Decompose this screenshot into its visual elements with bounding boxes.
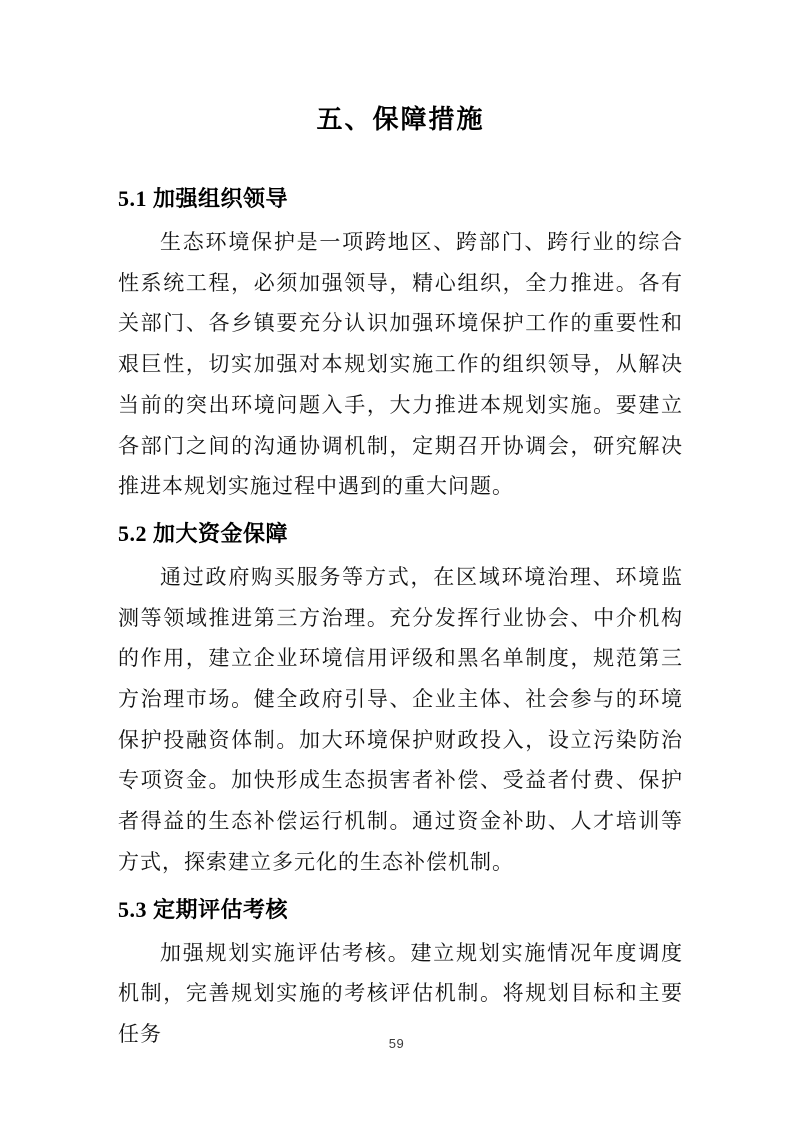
section-periodic-assessment: 5.3 定期评估考核 加强规划实施评估考核。建立规划实施情况年度调度机制，完善规… <box>118 895 683 1055</box>
page-number: 59 <box>0 1036 793 1051</box>
section-paragraph: 生态环境保护是一项跨地区、跨部门、跨行业的综合性系统工程，必须加强领导，精心组织… <box>118 222 683 507</box>
section-paragraph: 通过政府购买服务等方式，在区域环境治理、环境监测等领域推进第三方治理。充分发挥行… <box>118 557 683 883</box>
page-title: 五、保障措施 <box>118 100 683 140</box>
section-heading-5-1: 5.1 加强组织领导 <box>118 184 683 214</box>
section-organizational-leadership: 5.1 加强组织领导 生态环境保护是一项跨地区、跨部门、跨行业的综合性系统工程，… <box>118 184 683 507</box>
section-heading-5-2: 5.2 加大资金保障 <box>118 519 683 549</box>
section-funding-guarantee: 5.2 加大资金保障 通过政府购买服务等方式，在区域环境治理、环境监测等领域推进… <box>118 519 683 883</box>
document-page: 五、保障措施 5.1 加强组织领导 生态环境保护是一项跨地区、跨部门、跨行业的综… <box>0 0 793 1122</box>
section-heading-5-3: 5.3 定期评估考核 <box>118 895 683 925</box>
